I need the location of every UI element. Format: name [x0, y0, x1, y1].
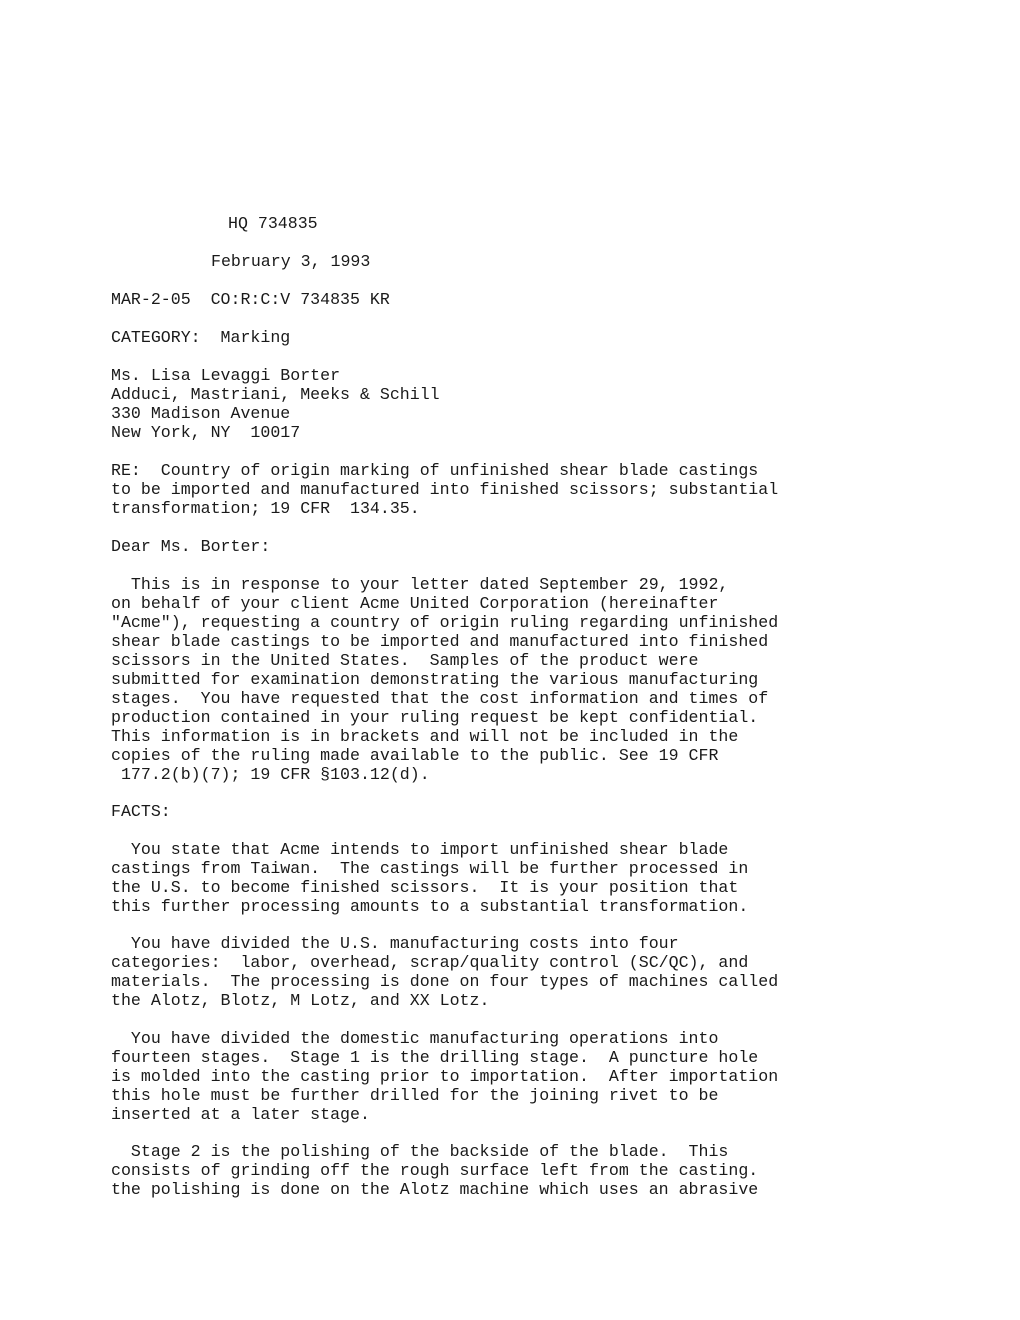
paragraph-line: This information is in brackets and will… [111, 727, 778, 746]
paragraph-line: consists of grinding off the rough surfa… [111, 1161, 758, 1180]
paragraph-line: the Alotz, Blotz, M Lotz, and XX Lotz. [111, 991, 778, 1010]
facts-heading: FACTS: [111, 802, 171, 821]
paragraph-line: This is in response to your letter dated… [111, 575, 778, 594]
paragraph-line: castings from Taiwan. The castings will … [111, 859, 748, 878]
paragraph-line: the U.S. to become finished scissors. It… [111, 878, 748, 897]
facts-paragraph-4: Stage 2 is the polishing of the backside… [111, 1142, 758, 1199]
paragraph-line: "Acme"), requesting a country of origin … [111, 613, 778, 632]
paragraph-line: production contained in your ruling requ… [111, 708, 778, 727]
subject-line: to be imported and manufactured into fin… [111, 480, 778, 499]
paragraph-line: materials. The processing is done on fou… [111, 972, 778, 991]
addressee-name: Ms. Lisa Levaggi Borter [111, 366, 440, 385]
paragraph-line: submitted for examination demonstrating … [111, 670, 778, 689]
addressee-firm: Adduci, Mastriani, Meeks & Schill [111, 385, 440, 404]
addressee-block: Ms. Lisa Levaggi Borter Adduci, Mastrian… [111, 366, 440, 442]
intro-paragraph: This is in response to your letter dated… [111, 575, 778, 784]
facts-paragraph-1: You state that Acme intends to import un… [111, 840, 748, 916]
paragraph-line: copies of the ruling made available to t… [111, 746, 778, 765]
subject-block: RE: Country of origin marking of unfinis… [111, 461, 778, 518]
ruling-number: HQ 734835 [228, 214, 318, 233]
paragraph-line: fourteen stages. Stage 1 is the drilling… [111, 1048, 778, 1067]
paragraph-line: this hole must be further drilled for th… [111, 1086, 778, 1105]
addressee-city: New York, NY 10017 [111, 423, 440, 442]
category-line: CATEGORY: Marking [111, 328, 290, 347]
paragraph-line: 177.2(b)(7); 19 CFR §103.12(d). [111, 765, 778, 784]
paragraph-line: You state that Acme intends to import un… [111, 840, 748, 859]
ruling-date: February 3, 1993 [211, 252, 370, 271]
paragraph-line: scissors in the United States. Samples o… [111, 651, 778, 670]
paragraph-line: the polishing is done on the Alotz machi… [111, 1180, 758, 1199]
paragraph-line: You have divided the domestic manufactur… [111, 1029, 778, 1048]
paragraph-line: is molded into the casting prior to impo… [111, 1067, 778, 1086]
paragraph-line: You have divided the U.S. manufacturing … [111, 934, 778, 953]
paragraph-line: categories: labor, overhead, scrap/quali… [111, 953, 778, 972]
subject-line: RE: Country of origin marking of unfinis… [111, 461, 778, 480]
paragraph-line: this further processing amounts to a sub… [111, 897, 748, 916]
facts-paragraph-3: You have divided the domestic manufactur… [111, 1029, 778, 1124]
paragraph-line: Stage 2 is the polishing of the backside… [111, 1142, 758, 1161]
salutation: Dear Ms. Borter: [111, 537, 270, 556]
paragraph-line: on behalf of your client Acme United Cor… [111, 594, 778, 613]
file-reference: MAR-2-05 CO:R:C:V 734835 KR [111, 290, 390, 309]
paragraph-line: stages. You have requested that the cost… [111, 689, 778, 708]
facts-paragraph-2: You have divided the U.S. manufacturing … [111, 934, 778, 1010]
paragraph-line: shear blade castings to be imported and … [111, 632, 778, 651]
subject-line: transformation; 19 CFR 134.35. [111, 499, 778, 518]
paragraph-line: inserted at a later stage. [111, 1105, 778, 1124]
addressee-street: 330 Madison Avenue [111, 404, 440, 423]
